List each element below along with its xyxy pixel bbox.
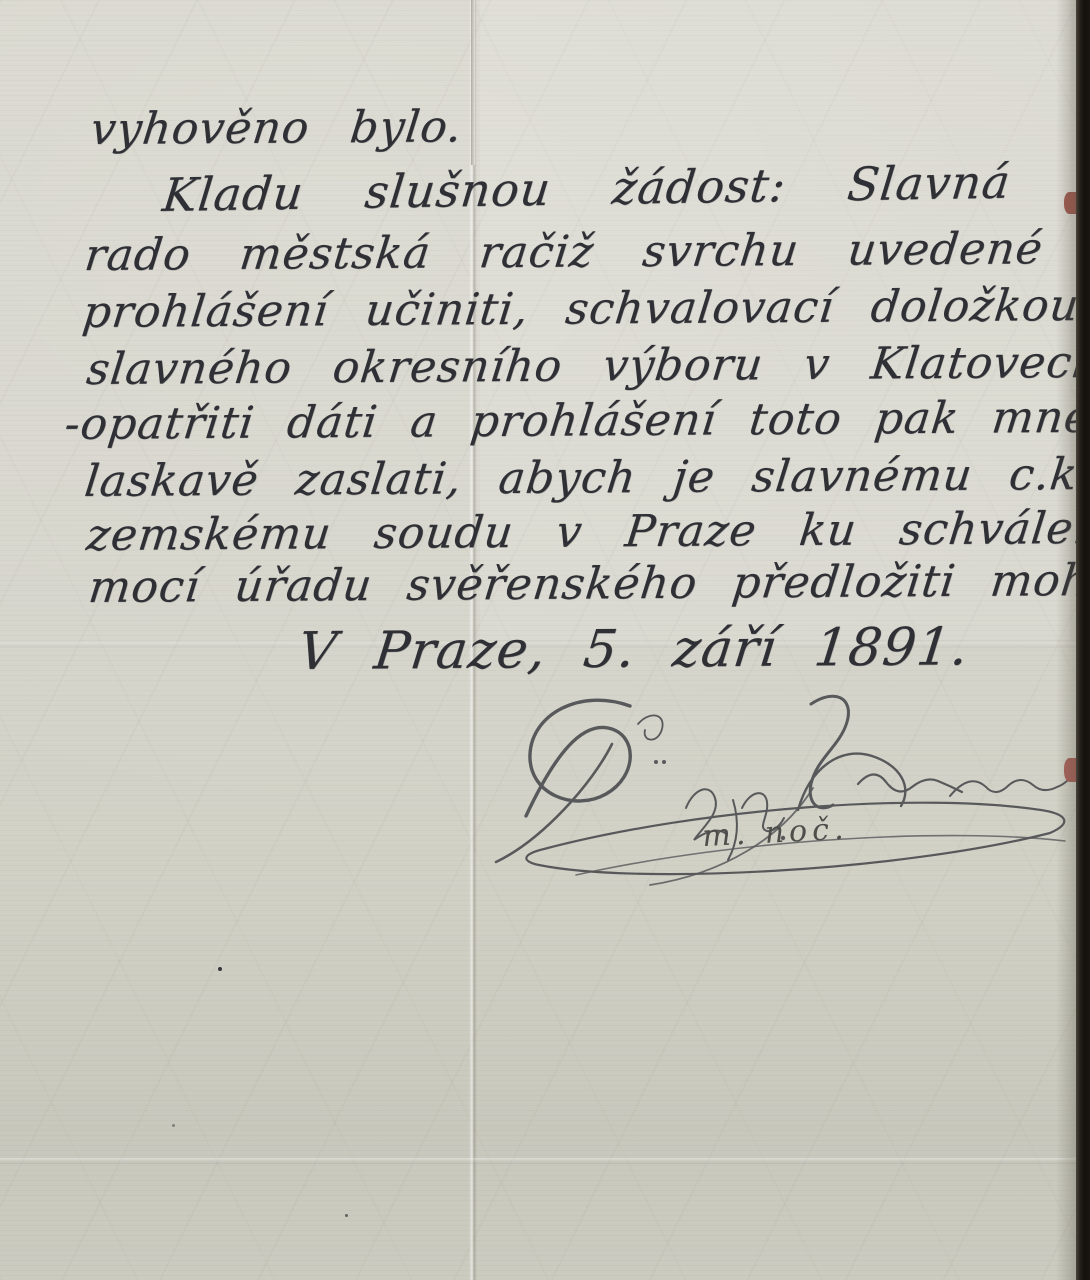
signature-subtext: m. noč.: [701, 811, 849, 854]
handwriting-line-1: vyhověno bylo.: [88, 101, 465, 155]
signature-flourish: m. noč.: [480, 688, 1090, 888]
ink-speck-2: [345, 1214, 348, 1217]
horizontal-fold-lower: [0, 1158, 1090, 1164]
signature: m. noč.: [480, 688, 1090, 888]
handwriting-line-5: slavného okresního výboru v Klatovech: [84, 337, 1090, 395]
handwriting-line-6: -opatřiti dáti a prohlášení toto pak mně: [62, 392, 1090, 450]
binding-edge: [1076, 0, 1090, 1280]
dateline: V Praze, 5. září 1891.: [295, 617, 972, 682]
handwriting-line-7: laskavě zaslati, abych je slavnému c.k.: [82, 449, 1090, 507]
handwriting-line-9: mocí úřadu svěřenského předložiti mohl.: [86, 555, 1090, 613]
handwriting-line-8: zemskému soudu v Praze ku schválení: [84, 503, 1090, 561]
ink-speck-1: [218, 967, 222, 971]
ink-speck-3: [172, 1124, 175, 1127]
letter-page: vyhověno bylo. Kladu slušnou žádost: Sla…: [0, 0, 1090, 1280]
handwriting-line-3: rado městská račiž svrchu uvedené: [82, 223, 1046, 281]
handwriting-line-4: prohlášení učiniti, schvalovací doložkou: [80, 280, 1082, 338]
handwriting-line-2: Kladu slušnou žádost: Slavná: [160, 155, 1013, 222]
vertical-fold-top-tear: [471, 0, 475, 165]
binding-edge-shadow: [1056, 0, 1076, 1280]
